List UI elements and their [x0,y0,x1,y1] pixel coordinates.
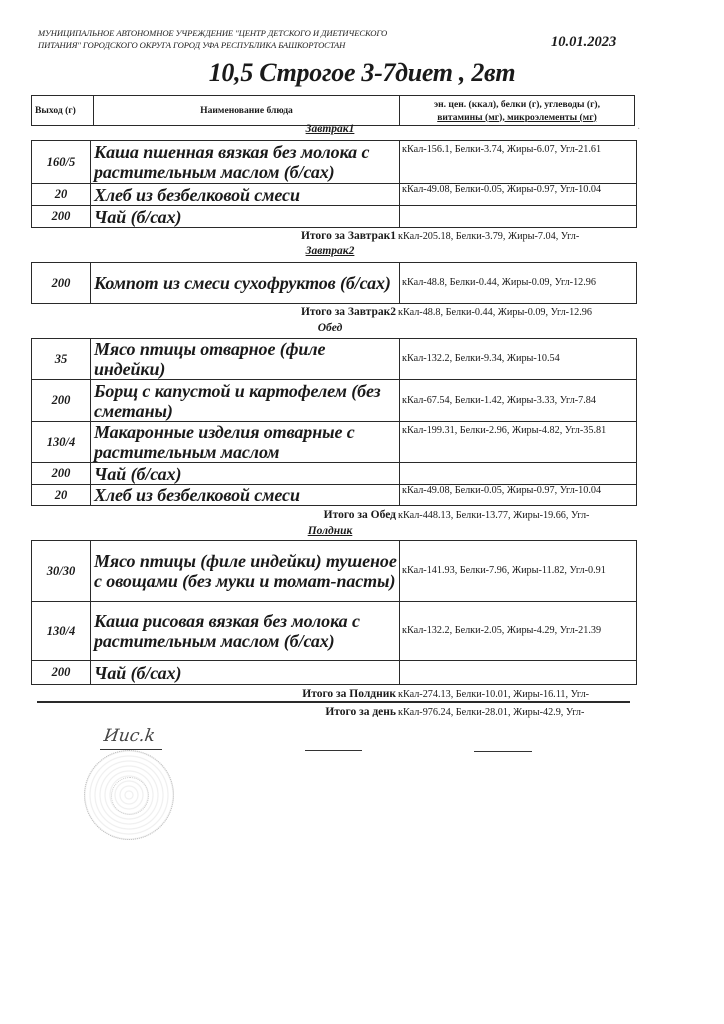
dish-name-cell: Макаронные изделия отварные с растительн… [91,422,400,463]
stamp-center [111,777,149,815]
portion-cell: 200 [32,463,91,485]
day-total-value: кКал-976.24, Белки-28.01, Жиры-42.9, Угл… [398,707,584,718]
meal-table-breakfast2: 200 Компот из смеси сухофруктов (б/сах) … [31,262,637,304]
portion-cell: 30/30 [32,541,91,602]
column-header-table: Выход (г) Наименование блюда эн. цен. (к… [31,95,635,126]
dish-name-cell: Мясо птицы (филе индейки) тушеное с овощ… [91,541,400,602]
table-row: 35 Мясо птицы отварное (филе индейки) кК… [32,339,637,380]
table-row: 130/4 Макаронные изделия отварные с раст… [32,422,637,463]
official-stamp [84,750,174,840]
menu-title: 10,5 Строгое 3-7диет , 2вт [0,58,724,88]
total-label-breakfast2: Итого за Завтрак2 [0,306,396,318]
table-row: 130/4 Каша рисовая вязкая без молока с р… [32,602,637,661]
dish-name-cell: Чай (б/сах) [91,661,400,685]
nutrition-cell: кКал-156.1, Белки-3.74, Жиры-6.07, Угл-2… [400,141,637,184]
portion-cell: 35 [32,339,91,380]
portion-cell: 20 [32,184,91,206]
dish-name-cell: Мясо птицы отварное (филе индейки) [91,339,400,380]
dish-name-cell: Хлеб из безбелковой смеси [91,485,400,506]
nutrition-cell [400,661,637,685]
dish-name-cell: Каша рисовая вязкая без молока с растите… [91,602,400,661]
dish-name-cell: Чай (б/сах) [91,206,400,228]
section-title-breakfast1: Завтрак1 [0,123,660,135]
day-total-label: Итого за день [0,706,396,718]
dish-name-cell: Компот из смеси сухофруктов (б/сах) [91,263,400,304]
day-total-divider [37,701,630,703]
signature-line-2 [305,750,362,751]
column-header-dish: Наименование блюда [94,96,400,126]
portion-cell: 200 [32,380,91,422]
dish-name-cell: Хлеб из безбелковой смеси [91,184,400,206]
portion-cell: 200 [32,263,91,304]
section-title-snack: Полдник [0,525,660,537]
table-row: 200 Чай (б/сах) [32,206,637,228]
organization-name: МУНИЦИПАЛЬНОЕ АВТОНОМНОЕ УЧРЕЖДЕНИЕ "ЦЕН… [38,27,418,51]
nutrition-cell: кКал-132.2, Белки-2.05, Жиры-4.29, Угл-2… [400,602,637,661]
total-label-snack: Итого за Полдник [0,688,396,700]
nutrition-cell: кКал-141.93, Белки-7.96, Жиры-11.82, Угл… [400,541,637,602]
section-title-lunch: Обед [0,322,660,334]
signature-line-3 [474,751,532,752]
total-label-breakfast1: Итого за Завтрак1 [0,230,396,242]
column-header-portion: Выход (г) [32,96,94,126]
portion-cell: 200 [32,661,91,685]
meal-table-lunch: 35 Мясо птицы отварное (филе индейки) кК… [31,338,637,506]
portion-cell: 130/4 [32,422,91,463]
nutrition-cell: кКал-49.08, Белки-0.05, Жиры-0.97, Угл-1… [400,485,637,506]
table-row: 200 Чай (б/сах) [32,463,637,485]
table-row: 200 Борщ с капустой и картофелем (без см… [32,380,637,422]
portion-cell: 20 [32,485,91,506]
dish-name-cell: Чай (б/сах) [91,463,400,485]
nutrition-cell: кКал-49.08, Белки-0.05, Жиры-0.97, Угл-1… [400,184,637,206]
total-value-breakfast1: кКал-205.18, Белки-3.79, Жиры-7.04, Угл- [398,231,579,242]
table-row: 200 Чай (б/сах) [32,661,637,685]
total-value-breakfast2: кКал-48.8, Белки-0.44, Жиры-0.09, Угл-12… [398,307,592,318]
menu-date: 10.01.2023 [551,34,616,51]
table-row: 160/5 Каша пшенная вязкая без молока с р… [32,141,637,184]
table-row: 20 Хлеб из безбелковой смеси кКал-49.08,… [32,485,637,506]
column-header-nutrition: эн. цен. (ккал), белки (г), углеводы (г)… [400,96,635,126]
handwritten-signature: Иис.k [103,726,157,746]
nutrition-cell: кКал-199.31, Белки-2.96, Жиры-4.82, Угл-… [400,422,637,463]
portion-cell: 130/4 [32,602,91,661]
section-title-breakfast2: Завтрак2 [0,245,660,257]
nutrition-cell: кКал-132.2, Белки-9.34, Жиры-10.54 [400,339,637,380]
nutrition-cell: кКал-48.8, Белки-0.44, Жиры-0.09, Угл-12… [400,263,637,304]
table-row: 20 Хлеб из безбелковой смеси кКал-49.08,… [32,184,637,206]
nutrition-cell [400,463,637,485]
table-row: 200 Компот из смеси сухофруктов (б/сах) … [32,263,637,304]
total-value-lunch: кКал-448.13, Белки-13.77, Жиры-19.66, Уг… [398,510,589,521]
total-value-snack: кКал-274.13, Белки-10.01, Жиры-16.11, Уг… [398,689,589,700]
table-row: 30/30 Мясо птицы (филе индейки) тушеное … [32,541,637,602]
portion-cell: 200 [32,206,91,228]
total-label-lunch: Итого за Обед [0,509,396,521]
dish-name-cell: Каша пшенная вязкая без молока с растите… [91,141,400,184]
meal-table-snack: 30/30 Мясо птицы (филе индейки) тушеное … [31,540,637,685]
scan-speck: · [637,124,640,135]
dish-name-cell: Борщ с капустой и картофелем (без сметан… [91,380,400,422]
meal-table-breakfast1: 160/5 Каша пшенная вязкая без молока с р… [31,140,637,228]
portion-cell: 160/5 [32,141,91,184]
nutrition-cell [400,206,637,228]
nutrition-cell: кКал-67.54, Белки-1.42, Жиры-3.33, Угл-7… [400,380,637,422]
